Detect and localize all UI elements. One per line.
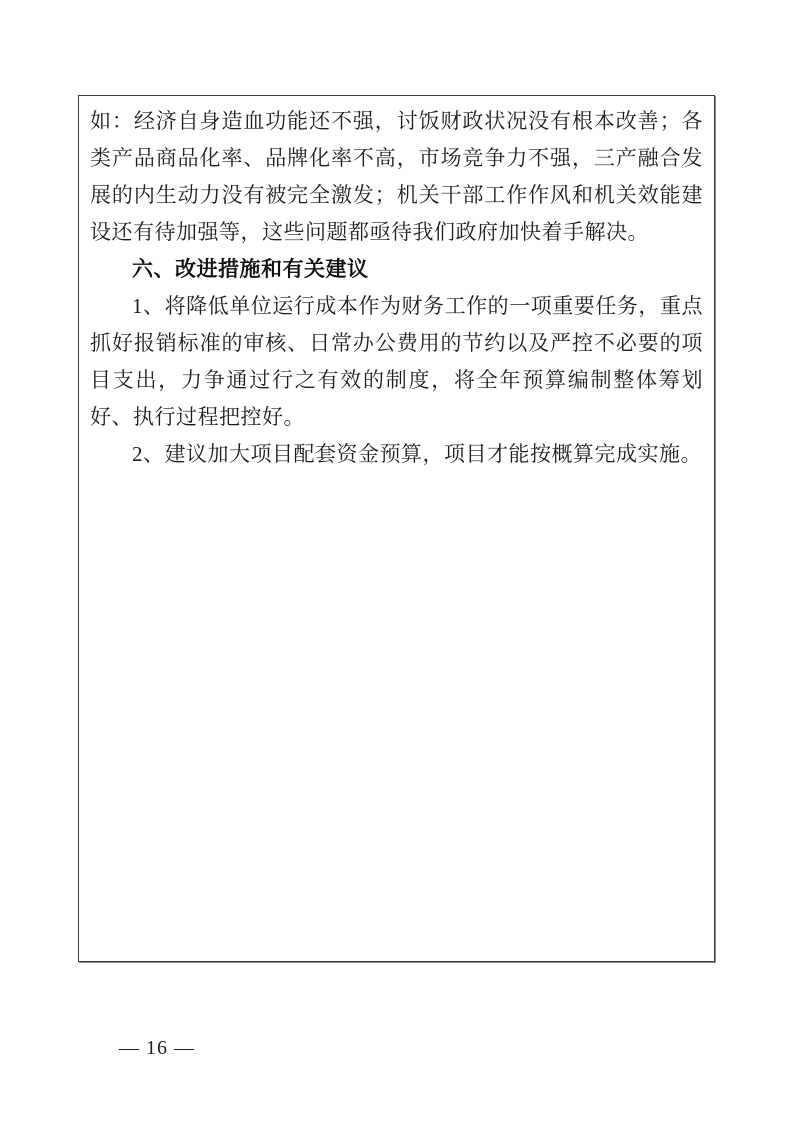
page-number: — 16 — (119, 1037, 195, 1059)
section-heading: 六、改进措施和有关建议 (90, 251, 703, 288)
paragraph-continuation: 如：经济自身造血功能还不强，讨饭财政状况没有根本改善；各类产品商品化率、品牌化率… (90, 103, 703, 251)
document-page: 如：经济自身造血功能还不强，讨饭财政状况没有根本改善；各类产品商品化率、品牌化率… (0, 0, 793, 1122)
content-table-cell: 如：经济自身造血功能还不强，讨饭财政状况没有根本改善；各类产品商品化率、品牌化率… (78, 95, 715, 962)
paragraph-measure-1: 1、将降低单位运行成本作为财务工作的一项重要任务，重点抓好报销标准的审核、日常办… (90, 288, 703, 436)
paragraph-measure-2: 2、建议加大项目配套资金预算，项目才能按概算完成实施。 (90, 436, 703, 473)
